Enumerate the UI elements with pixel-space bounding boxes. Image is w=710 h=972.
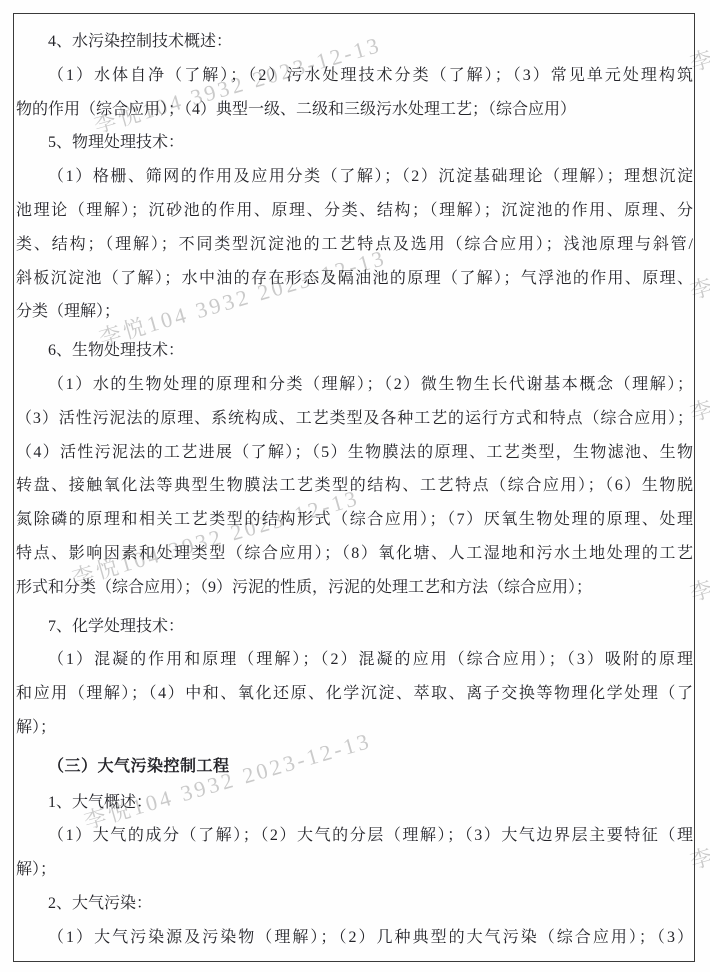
text-line: 7、化学处理技术： bbox=[16, 610, 693, 644]
paragraph: （1）水的生物处理的原理和分类（理解）；（2）微生物生长代谢基本概念（理解）；（… bbox=[16, 368, 693, 605]
paragraph: （1）大气污染源及污染物（理解）；（2）几种典型的大气污染（综合应用）；（3） bbox=[16, 921, 693, 955]
section-heading: （三）大气污染控制工程 bbox=[16, 750, 693, 784]
text-line: （1）格栅、筛网的作用及应用分类（了解）；（2）沉淀基础理论（理解）；理想沉淀 bbox=[16, 160, 693, 194]
paragraph: （1）混凝的作用和原理（理解）；（2）混凝的应用（综合应用）；（3）吸附的原理和… bbox=[16, 643, 693, 744]
text-line: 特点、影响因素和处理类型（综合应用）；（8）氧化塘、人工湿地和污水土地处理的工艺 bbox=[16, 537, 693, 571]
text-line: 解）； bbox=[16, 853, 693, 887]
paragraph: （1）水体自净（了解）；（2）污水处理技术分类（了解）；（3）常见单元处理构筑物… bbox=[16, 59, 693, 127]
item-heading: 4、水污染控制技术概述： bbox=[16, 25, 693, 59]
text-line: （4）活性污泥法的工艺进展（了解）；（5）生物膜法的原理、工艺类型，生物滤池、生… bbox=[16, 436, 693, 470]
text-line: （1）水体自净（了解）；（2）污水处理技术分类（了解）；（3）常见单元处理构筑 bbox=[16, 59, 693, 93]
text-line: 转盘、接触氧化法等典型生物膜法工艺类型的结构、工艺特点（综合应用）；（6）生物脱 bbox=[16, 469, 693, 503]
document-page: 李悦104 3932 2023-12-13李悦104 3932 2023-12-… bbox=[0, 0, 710, 972]
text-line: （1）混凝的作用和原理（理解）；（2）混凝的应用（综合应用）；（3）吸附的原理 bbox=[16, 643, 693, 677]
paragraph: （1）大气的成分（了解）；（2）大气的分层（理解）；（3）大气边界层主要特征（理… bbox=[16, 819, 693, 887]
item-heading: 7、化学处理技术： bbox=[16, 610, 693, 644]
text-line: 4、水污染控制技术概述： bbox=[16, 25, 693, 59]
item-heading: 5、物理处理技术： bbox=[16, 126, 693, 160]
paragraph: （1）格栅、筛网的作用及应用分类（了解）；（2）沉淀基础理论（理解）；理想沉淀池… bbox=[16, 160, 693, 329]
document-content: 4、水污染控制技术概述：（1）水体自净（了解）；（2）污水处理技术分类（了解）；… bbox=[16, 25, 693, 955]
text-line: （1）大气污染源及污染物（理解）；（2）几种典型的大气污染（综合应用）；（3） bbox=[16, 921, 693, 955]
text-line: （3）活性污泥法的原理、系统构成、工艺类型及各种工艺的运行方式和特点（综合应用）… bbox=[16, 402, 693, 436]
text-line: 池理论（理解）；沉砂池的作用、原理、分类、结构；（理解）；沉淀池的作用、原理、分 bbox=[16, 194, 693, 228]
item-heading: 1、大气概述： bbox=[16, 786, 693, 820]
text-line: 2、大气污染： bbox=[16, 887, 693, 921]
text-line: 类、结构；（理解）；不同类型沉淀池的工艺特点及选用（综合应用）；浅池原理与斜管/ bbox=[16, 228, 693, 262]
text-line: 形式和分类（综合应用）；（9）污泥的性质，污泥的处理工艺和方法（综合应用）； bbox=[16, 571, 693, 605]
text-line: 6、生物处理技术： bbox=[16, 334, 693, 368]
text-line: 物的作用（综合应用）；（4）典型一级、二级和三级污水处理工艺；（综合应用） bbox=[16, 93, 693, 127]
text-line: 氮除磷的原理和相关工艺类型的结构形式（综合应用）；（7）厌氧生物处理的原理、处理 bbox=[16, 503, 693, 537]
text-line: 分类（理解）； bbox=[16, 295, 693, 329]
item-heading: 6、生物处理技术： bbox=[16, 334, 693, 368]
text-line: （三）大气污染控制工程 bbox=[16, 750, 693, 784]
page-border-frame: 4、水污染控制技术概述：（1）水体自净（了解）；（2）污水处理技术分类（了解）；… bbox=[13, 13, 695, 962]
item-heading: 2、大气污染： bbox=[16, 887, 693, 921]
text-line: 斜板沉淀池（了解）；水中油的存在形态及隔油池的原理（了解）；气浮池的作用、原理、 bbox=[16, 262, 693, 296]
text-line: 和应用（理解）；（4）中和、氧化还原、化学沉淀、萃取、离子交换等物理化学处理（了 bbox=[16, 677, 693, 711]
text-line: （1）大气的成分（了解）；（2）大气的分层（理解）；（3）大气边界层主要特征（理 bbox=[16, 819, 693, 853]
text-line: 1、大气概述： bbox=[16, 786, 693, 820]
text-line: 解）； bbox=[16, 711, 693, 745]
text-line: （1）水的生物处理的原理和分类（理解）；（2）微生物生长代谢基本概念（理解）； bbox=[16, 368, 693, 402]
text-line: 5、物理处理技术： bbox=[16, 126, 693, 160]
